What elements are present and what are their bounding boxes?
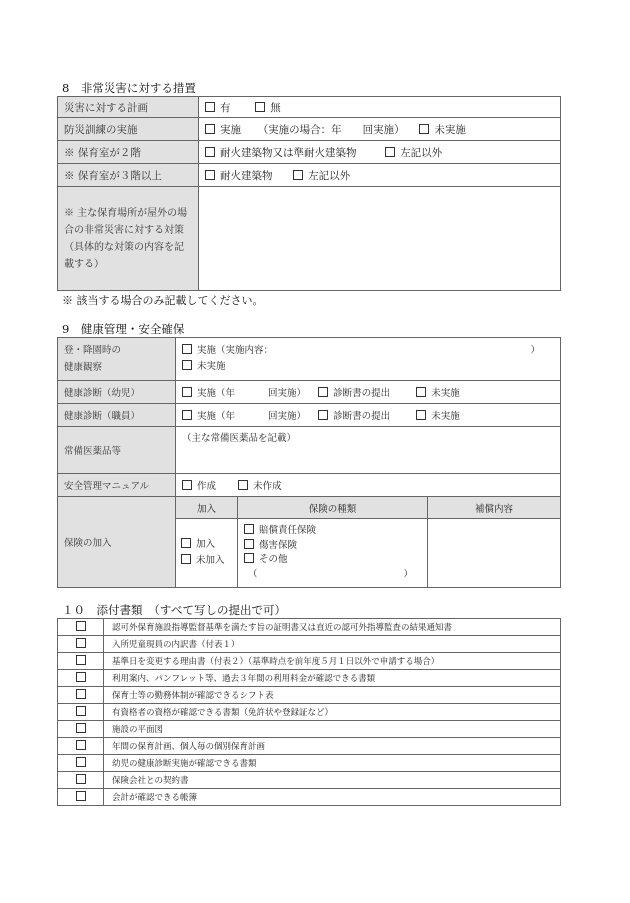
table-row: 有資格者の資格が確認できる書類（免許状や登録証など） [58,704,561,721]
table-row: 保険会社との契約書 [58,772,561,789]
checkbox-fireproof[interactable] [205,147,215,157]
table-row: 幼児の健康診断実施が確認できる書類 [58,755,561,772]
table-row: 健康診断（職員） 実施（年 回実施） 診断書の提出 未実施 [58,404,561,427]
option-label: 左記以外 [400,147,442,159]
option-label: 未作成 [253,481,282,492]
attachment-item: 保険会社との契約書 [104,772,561,789]
checkbox-not-done[interactable] [416,410,426,420]
option-label: 耐火建築物 [220,170,273,182]
table-row: 災害に対する計画 有 無 [58,97,561,118]
floor3-options: 耐火建築物 左記以外 [199,164,561,187]
table-row: 入所児童現員の内訳書（付表１） [58,636,561,653]
option-label: その他 [259,554,288,565]
option-label: 実施（年 [197,411,235,422]
checkbox-cell [58,721,104,738]
checkbox[interactable] [76,774,86,784]
disaster-plan-options: 有 無 [199,97,561,118]
table-row: 会計が確認できる帳簿 [58,789,561,806]
checkbox-checkup-done[interactable] [182,387,192,397]
close-paren: ） [403,568,413,583]
medicine-field[interactable]: （主な常備医薬品を記載） [176,427,561,474]
checkbox-manual-created[interactable] [182,480,192,490]
table-row: 常備医薬品等 （主な常備医薬品を記載） [58,427,561,474]
table-row: 防災訓練の実施 実施 （実施の場合：年 回実施） 未実施 [58,118,561,141]
row-label: 保険の加入 [58,497,176,588]
checkbox-no[interactable] [255,102,265,112]
row-label: 健康診断（幼児） [58,381,176,404]
column-header: 補償内容 [428,497,561,519]
table-row: 認可外保育施設指導監督基準を満たす旨の証明書又は直近の認可外指導監査の結果通知書 [58,619,561,636]
checkbox-not-done[interactable] [416,387,426,397]
checkbox-cell [58,738,104,755]
checkbox-cell [58,636,104,653]
table-row: ※ 主な保育場所が屋外の場合の非常災害に対する対策（具体的な対策の内容を記載する… [58,187,561,291]
attachment-item: 保育士等の勤務体制が確認できるシフト表 [104,687,561,704]
label-line: 健康観察 [64,362,102,373]
checkbox-observation-done[interactable] [182,344,192,354]
other-insurance-field[interactable]: （ ） [244,568,421,583]
row-label: 防災訓練の実施 [58,118,199,141]
option-label: 傷害保険 [259,540,297,551]
option-label: 回実施） [268,388,306,399]
option-label: 実施（実施内容： [197,345,273,356]
floor2-options: 耐火建築物又は準耐火建築物 左記以外 [199,141,561,164]
table-row: 基準日を変更する理由書（付表２）（基準時点を前年度５月１日以外で申請する場合） [58,653,561,670]
checkbox-cell [58,704,104,721]
section10-title: １０ 添付書類 （すべて写しの提出で可） [62,602,286,618]
checkbox-cell [58,755,104,772]
checkbox-cell [58,687,104,704]
attachments-table: 認可外保育施設指導監督基準を満たす旨の証明書又は直近の認可外指導監査の結果通知書… [57,618,561,806]
checkbox-drill-done[interactable] [205,124,215,134]
row-label: 常備医薬品等 [58,427,176,474]
checkbox-observation-not-done[interactable] [182,360,192,370]
option-label: 未実施 [197,361,226,372]
attachment-item: 有資格者の資格が確認できる書類（免許状や登録証など） [104,704,561,721]
drill-count-field[interactable]: （実施の場合：年 回実施） [258,124,405,136]
checkbox-other[interactable] [244,553,254,563]
row-label: 登・降園時の 健康観察 [58,338,176,381]
attachment-item: 基準日を変更する理由書（付表２）（基準時点を前年度５月１日以外で申請する場合） [104,653,561,670]
row-label: ※ 主な保育場所が屋外の場合の非常災害に対する対策（具体的な対策の内容を記載する… [58,187,199,291]
checkbox-cell [58,619,104,636]
option-label: 加入 [196,539,215,550]
coverage-field[interactable] [428,519,561,588]
table-row: 利用案内、パンフレット等、過去３年間の利用料金が確認できる書類 [58,670,561,687]
option-label: 実施 [220,124,241,136]
checkbox-checkup-done[interactable] [182,410,192,420]
insurance-types: 賠償責任保険 傷害保険 その他 （ ） [238,519,428,588]
checkbox-certificate[interactable] [318,410,328,420]
checkbox-other[interactable] [293,170,303,180]
option-label: 未実施 [431,388,460,399]
checkbox-not-joined[interactable] [181,554,191,564]
option-label: 診断書の提出 [333,411,390,422]
option-label: 診断書の提出 [333,388,390,399]
row-label: 健康診断（職員） [58,404,176,427]
close-paren: ） [530,343,540,359]
option-label: 未実施 [434,124,466,136]
section9-title: 9 健康管理・安全確保 [62,321,184,337]
checkbox-drill-not-done[interactable] [419,124,429,134]
checkbox-other[interactable] [385,147,395,157]
outdoor-measures-field[interactable] [199,187,561,291]
manual-options: 作成 未作成 [176,474,561,497]
table-row: 安全管理マニュアル 作成 未作成 [58,474,561,497]
disaster-measures-table: 災害に対する計画 有 無 防災訓練の実施 実施 （実施の場合：年 回実施） 未実… [57,96,561,291]
attachment-item: 年間の保育計画、個人毎の個別保育計画 [104,738,561,755]
checkbox[interactable] [76,791,86,801]
row-label: ※ 保育室が２階 [58,141,199,164]
checkbox-yes[interactable] [205,102,215,112]
child-checkup-options: 実施（年 回実施） 診断書の提出 未実施 [176,381,561,404]
join-options: 加入 未加入 [176,519,238,588]
table-row: 年間の保育計画、個人毎の個別保育計画 [58,738,561,755]
table-row: 健康診断（幼児） 実施（年 回実施） 診断書の提出 未実施 [58,381,561,404]
table-row: 登・降園時の 健康観察 実施（実施内容： ） 未実施 [58,338,561,381]
section8-title: 8 非常災害に対する措置 [62,80,196,96]
table-row: ※ 保育室が２階 耐火建築物又は準耐火建築物 左記以外 [58,141,561,164]
checkbox[interactable] [76,655,86,665]
option-label: 実施（年 [197,388,235,399]
table-row: 保育士等の勤務体制が確認できるシフト表 [58,687,561,704]
checkbox[interactable] [76,706,86,716]
open-paren: （ [244,569,258,580]
table-row: ※ 保育室が３階以上 耐火建築物 左記以外 [58,164,561,187]
checkbox[interactable] [76,689,86,699]
checkbox-cell [58,789,104,806]
row-label: ※ 保育室が３階以上 [58,164,199,187]
checkbox-cell [58,670,104,687]
table-row: 施設の平面図 [58,721,561,738]
checkbox-certificate[interactable] [318,387,328,397]
attachment-item: 施設の平面図 [104,721,561,738]
checkbox-injury[interactable] [244,539,254,549]
option-label: 耐火建築物又は準耐火建築物 [220,147,357,159]
option-label: 未実施 [431,411,460,422]
checkbox[interactable] [76,672,86,682]
checkbox-cell [58,653,104,670]
checkbox[interactable] [76,638,86,648]
attachment-item: 幼児の健康診断実施が確認できる書類 [104,755,561,772]
checkbox[interactable] [76,740,86,750]
checkbox-joined[interactable] [181,538,191,548]
checkbox-fireproof[interactable] [205,170,215,180]
checkbox-cell [58,772,104,789]
drill-options: 実施 （実施の場合：年 回実施） 未実施 [199,118,561,141]
row-label: 災害に対する計画 [58,97,199,118]
attachment-item: 認可外保育施設指導監督基準を満たす旨の証明書又は直近の認可外指導監査の結果通知書 [104,619,561,636]
label-line: 登・降園時の [64,345,121,356]
section8-note: ※ 該当する場合のみ記載してください。 [62,292,264,308]
checkbox[interactable] [76,723,86,733]
row-label: 安全管理マニュアル [58,474,176,497]
option-label: 未加入 [196,555,225,566]
insurance-header-row: 保険の加入 加入 保険の種類 補償内容 [58,497,561,519]
checkbox-manual-not-created[interactable] [238,480,248,490]
checkbox[interactable] [76,757,86,767]
checkbox[interactable] [76,621,86,631]
health-safety-table: 登・降園時の 健康観察 実施（実施内容： ） 未実施 健康診断（幼児） 実施（年… [57,337,561,588]
column-header: 加入 [176,497,238,519]
attachment-item: 利用案内、パンフレット等、過去３年間の利用料金が確認できる書類 [104,670,561,687]
option-label: 回実施） [268,411,306,422]
option-label: 有 [220,102,231,114]
option-label: 作成 [197,481,216,492]
checkbox-liability[interactable] [244,524,254,534]
column-header: 保険の種類 [238,497,428,519]
medicine-hint: （主な常備医薬品を記載） [182,433,296,444]
attachment-item: 会計が確認できる帳簿 [104,789,561,806]
staff-checkup-options: 実施（年 回実施） 診断書の提出 未実施 [176,404,561,427]
option-label: 無 [270,102,281,114]
observation-options: 実施（実施内容： ） 未実施 [176,338,561,381]
option-label: 左記以外 [308,170,350,182]
attachment-item: 入所児童現員の内訳書（付表１） [104,636,561,653]
option-label: 賠償責任保険 [259,525,316,536]
